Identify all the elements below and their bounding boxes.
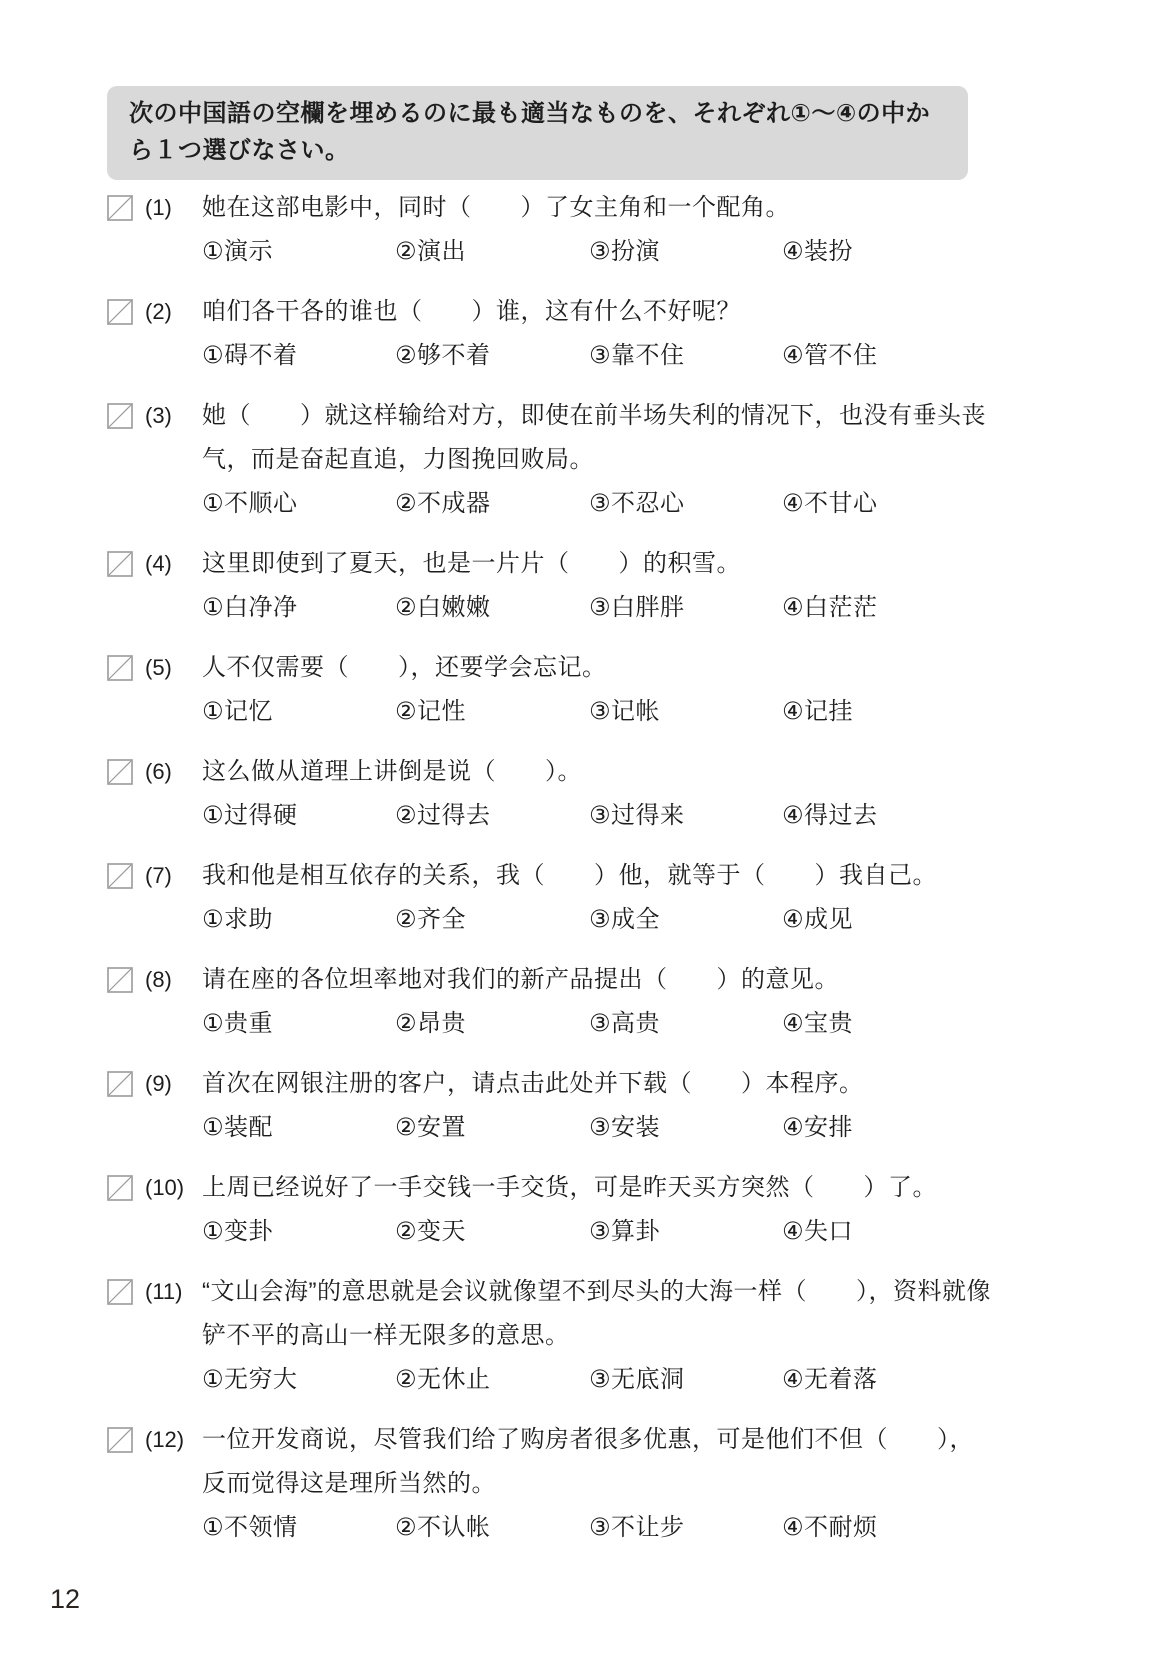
instructions-banner: 次の中国語の空欄を埋めるのに最も適当なものを、それぞれ①～④の中から１つ選びなさ…	[107, 86, 968, 180]
question-text: 一位开发商说，尽管我们给了购房者很多优惠，可是他们不但（ ），反而觉得这是理所当…	[202, 1418, 996, 1506]
question-text: 咱们各干各的谁也（ ）谁，这有什么不好呢？	[202, 290, 996, 334]
question-5: (5) 人不仅需要（ ），还要学会忘记。 ①记忆 ②记性 ③记帐 ④记挂	[107, 646, 1087, 734]
question-10: (10) 上周已经说好了一手交钱一手交货，可是昨天买方突然（ ）了。 ①变卦 ②…	[107, 1166, 1087, 1254]
question-text: 请在座的各位坦率地对我们的新产品提出（ ）的意见。	[202, 958, 996, 1002]
option-4[interactable]: ④不耐烦	[782, 1506, 996, 1550]
check-square-icon[interactable]	[107, 1427, 133, 1453]
question-number: (7)	[145, 854, 202, 898]
option-1[interactable]: ①过得硬	[202, 794, 395, 838]
option-1[interactable]: ①不顺心	[202, 482, 395, 526]
option-3[interactable]: ③不让步	[589, 1506, 782, 1550]
question-9: (9) 首次在网银注册的客户，请点击此处并下载（ ）本程序。 ①装配 ②安置 ③…	[107, 1062, 1087, 1150]
question-number: (6)	[145, 750, 202, 794]
question-8: (8) 请在座的各位坦率地对我们的新产品提出（ ）的意见。 ①贵重 ②昂贵 ③高…	[107, 958, 1087, 1046]
options-row: ①白净净 ②白嫩嫩 ③白胖胖 ④白茫茫	[202, 586, 996, 630]
options-row: ①变卦 ②变天 ③算卦 ④失口	[202, 1210, 996, 1254]
check-square-icon[interactable]	[107, 863, 133, 889]
option-1[interactable]: ①记忆	[202, 690, 395, 734]
question-7: (7) 我和他是相互依存的关系，我（ ）他，就等于（ ）我自己。 ①求助 ②齐全…	[107, 854, 1087, 942]
option-1[interactable]: ①不领情	[202, 1506, 395, 1550]
option-1[interactable]: ①演示	[202, 230, 395, 274]
check-square-icon[interactable]	[107, 967, 133, 993]
option-4[interactable]: ④无着落	[782, 1358, 996, 1402]
question-text: 她（ ）就这样输给对方，即使在前半场失利的情况下，也没有垂头丧气，而是奋起直追，…	[202, 394, 996, 482]
option-2[interactable]: ②变天	[395, 1210, 589, 1254]
check-square-icon[interactable]	[107, 1175, 133, 1201]
question-6: (6) 这么做从道理上讲倒是说（ ）。 ①过得硬 ②过得去 ③过得来 ④得过去	[107, 750, 1087, 838]
option-4[interactable]: ④宝贵	[782, 1002, 996, 1046]
option-4[interactable]: ④安排	[782, 1106, 996, 1150]
option-1[interactable]: ①求助	[202, 898, 395, 942]
question-text: 上周已经说好了一手交钱一手交货，可是昨天买方突然（ ）了。	[202, 1166, 996, 1210]
options-row: ①贵重 ②昂贵 ③高贵 ④宝贵	[202, 1002, 996, 1046]
option-3[interactable]: ③靠不住	[589, 334, 782, 378]
options-row: ①演示 ②演出 ③扮演 ④装扮	[202, 230, 996, 274]
option-3[interactable]: ③白胖胖	[589, 586, 782, 630]
question-1: (1) 她在这部电影中，同时（ ）了女主角和一个配角。 ①演示 ②演出 ③扮演 …	[107, 186, 1087, 274]
option-2[interactable]: ②齐全	[395, 898, 589, 942]
question-number: (9)	[145, 1062, 202, 1106]
options-row: ①不领情 ②不认帐 ③不让步 ④不耐烦	[202, 1506, 996, 1550]
option-2[interactable]: ②过得去	[395, 794, 589, 838]
question-text: 首次在网银注册的客户，请点击此处并下载（ ）本程序。	[202, 1062, 996, 1106]
options-row: ①不顺心 ②不成器 ③不忍心 ④不甘心	[202, 482, 996, 526]
option-1[interactable]: ①装配	[202, 1106, 395, 1150]
option-2[interactable]: ②演出	[395, 230, 589, 274]
test-page: 次の中国語の空欄を埋めるのに最も適当なものを、それぞれ①～④の中から１つ選びなさ…	[0, 0, 1167, 1653]
option-4[interactable]: ④成见	[782, 898, 996, 942]
option-1[interactable]: ①无穷大	[202, 1358, 395, 1402]
check-square-icon[interactable]	[107, 1279, 133, 1305]
options-row: ①碍不着 ②够不着 ③靠不住 ④管不住	[202, 334, 996, 378]
question-text: 我和他是相互依存的关系，我（ ）他，就等于（ ）我自己。	[202, 854, 996, 898]
question-number: (11)	[145, 1270, 202, 1314]
option-1[interactable]: ①贵重	[202, 1002, 395, 1046]
question-text: 这么做从道理上讲倒是说（ ）。	[202, 750, 996, 794]
check-square-icon[interactable]	[107, 655, 133, 681]
question-text: “文山会海”的意思就是会议就像望不到尽头的大海一样（ ），资料就像铲不平的高山一…	[202, 1270, 996, 1358]
option-2[interactable]: ②够不着	[395, 334, 589, 378]
option-3[interactable]: ③扮演	[589, 230, 782, 274]
option-3[interactable]: ③不忍心	[589, 482, 782, 526]
question-4: (4) 这里即使到了夏天，也是一片片（ ）的积雪。 ①白净净 ②白嫩嫩 ③白胖胖…	[107, 542, 1087, 630]
option-3[interactable]: ③无底洞	[589, 1358, 782, 1402]
check-square-icon[interactable]	[107, 759, 133, 785]
option-1[interactable]: ①碍不着	[202, 334, 395, 378]
question-text: 她在这部电影中，同时（ ）了女主角和一个配角。	[202, 186, 996, 230]
option-2[interactable]: ②无休止	[395, 1358, 589, 1402]
options-row: ①无穷大 ②无休止 ③无底洞 ④无着落	[202, 1358, 996, 1402]
option-3[interactable]: ③安装	[589, 1106, 782, 1150]
question-number: (3)	[145, 394, 202, 438]
options-row: ①过得硬 ②过得去 ③过得来 ④得过去	[202, 794, 996, 838]
question-text: 这里即使到了夏天，也是一片片（ ）的积雪。	[202, 542, 996, 586]
option-4[interactable]: ④失口	[782, 1210, 996, 1254]
option-2[interactable]: ②不认帐	[395, 1506, 589, 1550]
option-2[interactable]: ②不成器	[395, 482, 589, 526]
option-3[interactable]: ③记帐	[589, 690, 782, 734]
check-square-icon[interactable]	[107, 299, 133, 325]
option-3[interactable]: ③过得来	[589, 794, 782, 838]
option-3[interactable]: ③高贵	[589, 1002, 782, 1046]
question-number: (12)	[145, 1418, 202, 1462]
option-4[interactable]: ④装扮	[782, 230, 996, 274]
option-2[interactable]: ②安置	[395, 1106, 589, 1150]
options-row: ①记忆 ②记性 ③记帐 ④记挂	[202, 690, 996, 734]
check-square-icon[interactable]	[107, 551, 133, 577]
option-4[interactable]: ④记挂	[782, 690, 996, 734]
question-2: (2) 咱们各干各的谁也（ ）谁，这有什么不好呢？ ①碍不着 ②够不着 ③靠不住…	[107, 290, 1087, 378]
option-2[interactable]: ②记性	[395, 690, 589, 734]
option-4[interactable]: ④管不住	[782, 334, 996, 378]
question-12: (12) 一位开发商说，尽管我们给了购房者很多优惠，可是他们不但（ ），反而觉得…	[107, 1418, 1087, 1550]
options-row: ①装配 ②安置 ③安装 ④安排	[202, 1106, 996, 1150]
question-number: (10)	[145, 1166, 202, 1210]
option-2[interactable]: ②昂贵	[395, 1002, 589, 1046]
question-11: (11) “文山会海”的意思就是会议就像望不到尽头的大海一样（ ），资料就像铲不…	[107, 1270, 1087, 1402]
question-text: 人不仅需要（ ），还要学会忘记。	[202, 646, 996, 690]
question-list: (1) 她在这部电影中，同时（ ）了女主角和一个配角。 ①演示 ②演出 ③扮演 …	[107, 186, 1087, 1566]
question-number: (5)	[145, 646, 202, 690]
page-number: 12	[50, 1584, 80, 1615]
option-3[interactable]: ③成全	[589, 898, 782, 942]
question-number: (4)	[145, 542, 202, 586]
option-2[interactable]: ②白嫩嫩	[395, 586, 589, 630]
question-number: (1)	[145, 186, 202, 230]
option-1[interactable]: ①变卦	[202, 1210, 395, 1254]
option-1[interactable]: ①白净净	[202, 586, 395, 630]
check-square-icon[interactable]	[107, 195, 133, 221]
option-4[interactable]: ④白茫茫	[782, 586, 996, 630]
option-3[interactable]: ③算卦	[589, 1210, 782, 1254]
check-square-icon[interactable]	[107, 403, 133, 429]
option-4[interactable]: ④不甘心	[782, 482, 996, 526]
question-3: (3) 她（ ）就这样输给对方，即使在前半场失利的情况下，也没有垂头丧气，而是奋…	[107, 394, 1087, 526]
question-number: (8)	[145, 958, 202, 1002]
option-4[interactable]: ④得过去	[782, 794, 996, 838]
check-square-icon[interactable]	[107, 1071, 133, 1097]
options-row: ①求助 ②齐全 ③成全 ④成见	[202, 898, 996, 942]
question-number: (2)	[145, 290, 202, 334]
